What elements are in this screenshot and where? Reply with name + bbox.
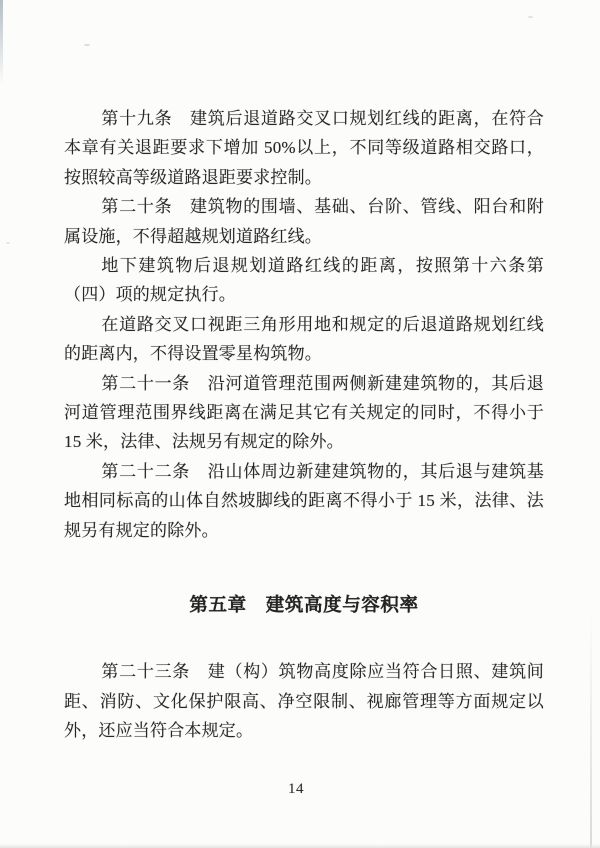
paragraph-article-19: 第十九条 建筑后退道路交叉口规划红线的距离，在符合本章有关退距要求下增加 50%… [64,104,544,192]
scan-speck [84,44,90,46]
page-number: 14 [0,781,592,798]
paragraph-article-20-underground: 地下建筑物后退规划道路红线的距离，按照第十六条第（四）项的规定执行。 [64,251,544,310]
paragraph-intersection-sight-triangle: 在道路交叉口视距三角形用地和规定的后退道路规划红线的距离内，不得设置零星构筑物。 [64,310,544,369]
scan-edge-top-left-artifact [0,0,3,85]
scan-edge-bottom-right-artifact [590,612,592,848]
scan-speck [528,16,533,18]
document-page: 第十九条 建筑后退道路交叉口规划红线的距离，在符合本章有关退距要求下增加 50%… [0,0,600,848]
scan-speck [6,242,10,244]
paragraph-article-22: 第二十二条 沿山体周边新建建筑物的，其后退与建筑基地相同标高的山体自然坡脚线的距… [64,457,544,545]
scan-edge-bottom-artifact [0,844,600,848]
chapter-5-heading: 第五章 建筑高度与容积率 [64,591,544,621]
paragraph-article-20: 第二十条 建筑物的围墙、基础、台阶、管线、阳台和附属设施，不得超越规划道路红线。 [64,192,544,251]
document-body: 第十九条 建筑后退道路交叉口规划红线的距离，在符合本章有关退距要求下增加 50%… [64,0,544,745]
paragraph-article-21: 第二十一条 沿河道管理范围两侧新建建筑物的，其后退河道管理范围界线距离在满足其它… [64,369,544,457]
paragraph-article-23: 第二十三条 建（构）筑物高度除应当符合日照、建筑间距、消防、文化保护限高、净空限… [64,657,544,745]
